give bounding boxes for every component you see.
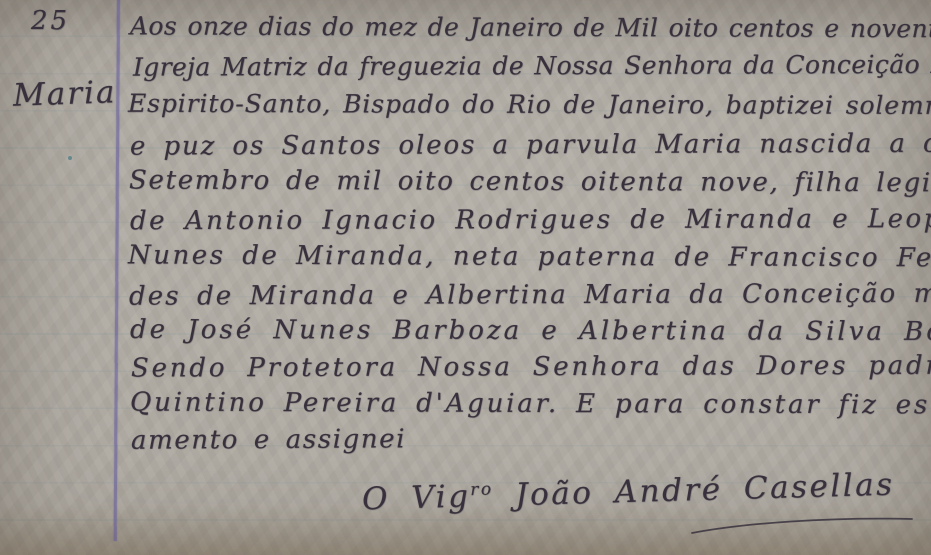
record-line: Setembro de mil oito centos oitenta nove…	[129, 165, 931, 198]
ink-dot	[68, 156, 72, 160]
record-line: Aos onze dias do mez de Janeiro de Mil o…	[130, 11, 931, 43]
record-line: Espirito-Santo, Bispado do Rio de Janeir…	[128, 89, 931, 120]
record-line: Quintino Pereira d'Aguiar. E para consta…	[130, 388, 931, 421]
margin-entry-name: Maria	[12, 74, 117, 114]
record-line: Igreja Matriz da freguezia de Nossa Senh…	[133, 49, 931, 81]
priest-signature: O Vigro João André Casellas	[362, 467, 895, 518]
signature-name: João André Casellas	[493, 467, 895, 514]
record-line: de José Nunes Barboza e Albertina da Sil…	[130, 315, 931, 347]
signature-flourish	[690, 515, 915, 537]
record-line: Sendo Protetora Nossa Senhora das Dores …	[131, 350, 931, 383]
record-line: e puz os Santos oleos a parvula Maria na…	[130, 128, 931, 161]
signature-title: O Vig	[362, 478, 471, 517]
record-line: amento e assignei	[131, 424, 406, 455]
record-line: Nunes de Miranda, neta paterna de Franci…	[128, 240, 931, 273]
signature-title-superscript: ro	[470, 479, 494, 500]
record-line: des de Miranda e Albertina Maria da Conc…	[129, 278, 931, 311]
scanned-register-page: 25 Maria Aos onze dias do mez de Janeiro…	[0, 0, 931, 555]
record-line: de Antonio Ignacio Rodrigues de Miranda …	[130, 204, 931, 236]
record-number: 25	[31, 6, 70, 36]
